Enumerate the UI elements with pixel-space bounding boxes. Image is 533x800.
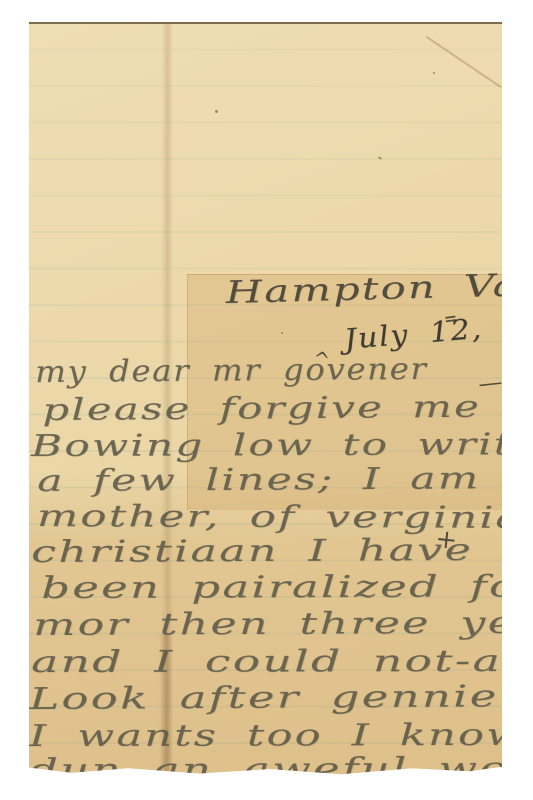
cross-mark: +: [434, 526, 458, 554]
handwriting-line: and I could not-and: [31, 647, 502, 678]
handwriting-line: a few lines; I am the: [37, 464, 502, 497]
paper-speck: [215, 110, 218, 113]
handwriting-line: Look after gennie as: [29, 682, 502, 715]
handwriting-line: I wants too I know she: [29, 721, 502, 752]
paper-speck: [281, 332, 283, 334]
handwriting-line: please forgive me for: [42, 392, 502, 426]
caret-mark: ^: [312, 348, 332, 371]
handwriting-line: christiaan I have: [31, 536, 473, 568]
letter-paper: Hampton Va = July 12, 1912 my dear mr go…: [29, 22, 502, 775]
handwriting-line: been pairalized for: [41, 572, 502, 604]
letter-place: Hampton Va: [225, 270, 502, 309]
letter-salutation: my dear mr govener: [35, 355, 428, 388]
handwriting-line: dun an aweful weaked: [29, 754, 502, 775]
handwriting-line: mother, of verginiany: [37, 502, 502, 534]
paper-speck: [433, 72, 435, 74]
handwriting-line: Bowing low to writ you: [31, 430, 502, 462]
handwriting-line: mor then three years.: [33, 608, 502, 641]
